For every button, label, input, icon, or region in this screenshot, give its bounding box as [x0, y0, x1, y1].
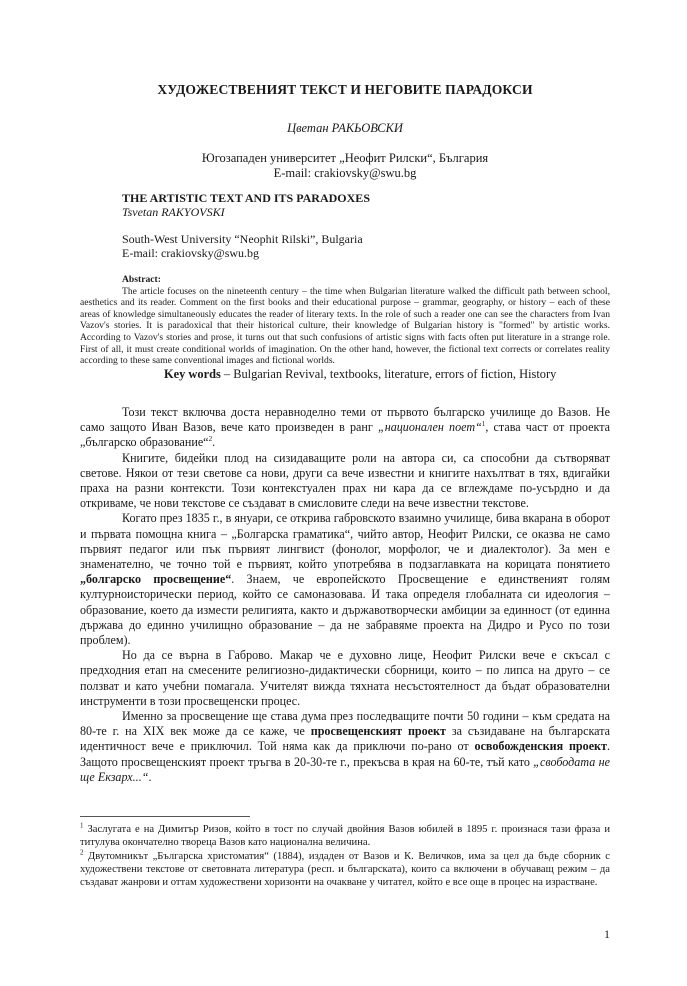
bold-run: просвещенският проект — [311, 724, 446, 738]
paragraph-2: Книгите, бидейки плод на сизидаващите ро… — [80, 451, 610, 512]
text-run: . — [212, 435, 215, 449]
footnote-text: Двутомникът „Българска христоматия“ (188… — [80, 851, 610, 889]
english-affiliation: South-West University “Neophit Rilski”, … — [122, 233, 522, 247]
affiliation-block: Югозападен университет „Неофит Рилски“, … — [80, 151, 610, 181]
text-run: . — [148, 770, 151, 784]
article-title: ХУДОЖЕСТВЕНИЯТ ТЕКСТ И НЕГОВИТЕ ПАРАДОКС… — [80, 82, 610, 98]
italic-run: „национален поет“ — [378, 420, 482, 434]
author-name: Цветан РАКЬОВСКИ — [80, 121, 610, 136]
keywords-line: Key words – Bulgarian Revival, textbooks… — [80, 367, 610, 381]
author-email: E-mail: crakiovsky@swu.bg — [80, 166, 610, 181]
bold-run: „болгарско просвещение“ — [80, 572, 231, 586]
paragraph-1: Този текст включва доста неравноделно те… — [80, 405, 610, 451]
keywords-list: – Bulgarian Revival, textbooks, literatu… — [221, 367, 557, 381]
footnote-1: 1 Заслугата е на Димитър Ризов, който в … — [80, 823, 610, 850]
text-run: Когато през 1835 г., в януари, се открив… — [80, 511, 610, 571]
english-email: E-mail: crakiovsky@swu.bg — [122, 247, 522, 261]
keywords-label: Key words — [164, 367, 221, 381]
footnote-separator — [80, 816, 250, 817]
english-title: THE ARTISTIC TEXT AND ITS PARADOXES — [122, 192, 522, 206]
paragraph-4: Но да се върна в Габрово. Макар че е дух… — [80, 648, 610, 709]
abstract-label: Abstract: — [80, 274, 610, 286]
bold-run: освобожденския проект — [475, 739, 607, 753]
abstract-text: The article focuses on the nineteenth ce… — [80, 286, 610, 367]
footnote-text: Заслугата е на Димитър Ризов, който в то… — [80, 824, 610, 848]
paragraph-3: Когато през 1835 г., в януари, се открив… — [80, 511, 610, 648]
footnote-2: 2 Двутомникът „Българска христоматия“ (1… — [80, 850, 610, 890]
affiliation: Югозападен университет „Неофит Рилски“, … — [80, 151, 610, 166]
english-header: THE ARTISTIC TEXT AND ITS PARADOXES Tsve… — [122, 192, 522, 260]
paragraph-5: Именно за просвещение ще става дума през… — [80, 709, 610, 785]
abstract-section: Abstract: The article focuses on the nin… — [80, 274, 610, 381]
footnotes: 1 Заслугата е на Димитър Ризов, който в … — [80, 823, 610, 889]
page-number: 1 — [80, 927, 610, 942]
article-body: Този текст включва доста неравноделно те… — [80, 405, 610, 785]
english-author: Tsvetan RAKYOVSKI — [122, 206, 522, 220]
